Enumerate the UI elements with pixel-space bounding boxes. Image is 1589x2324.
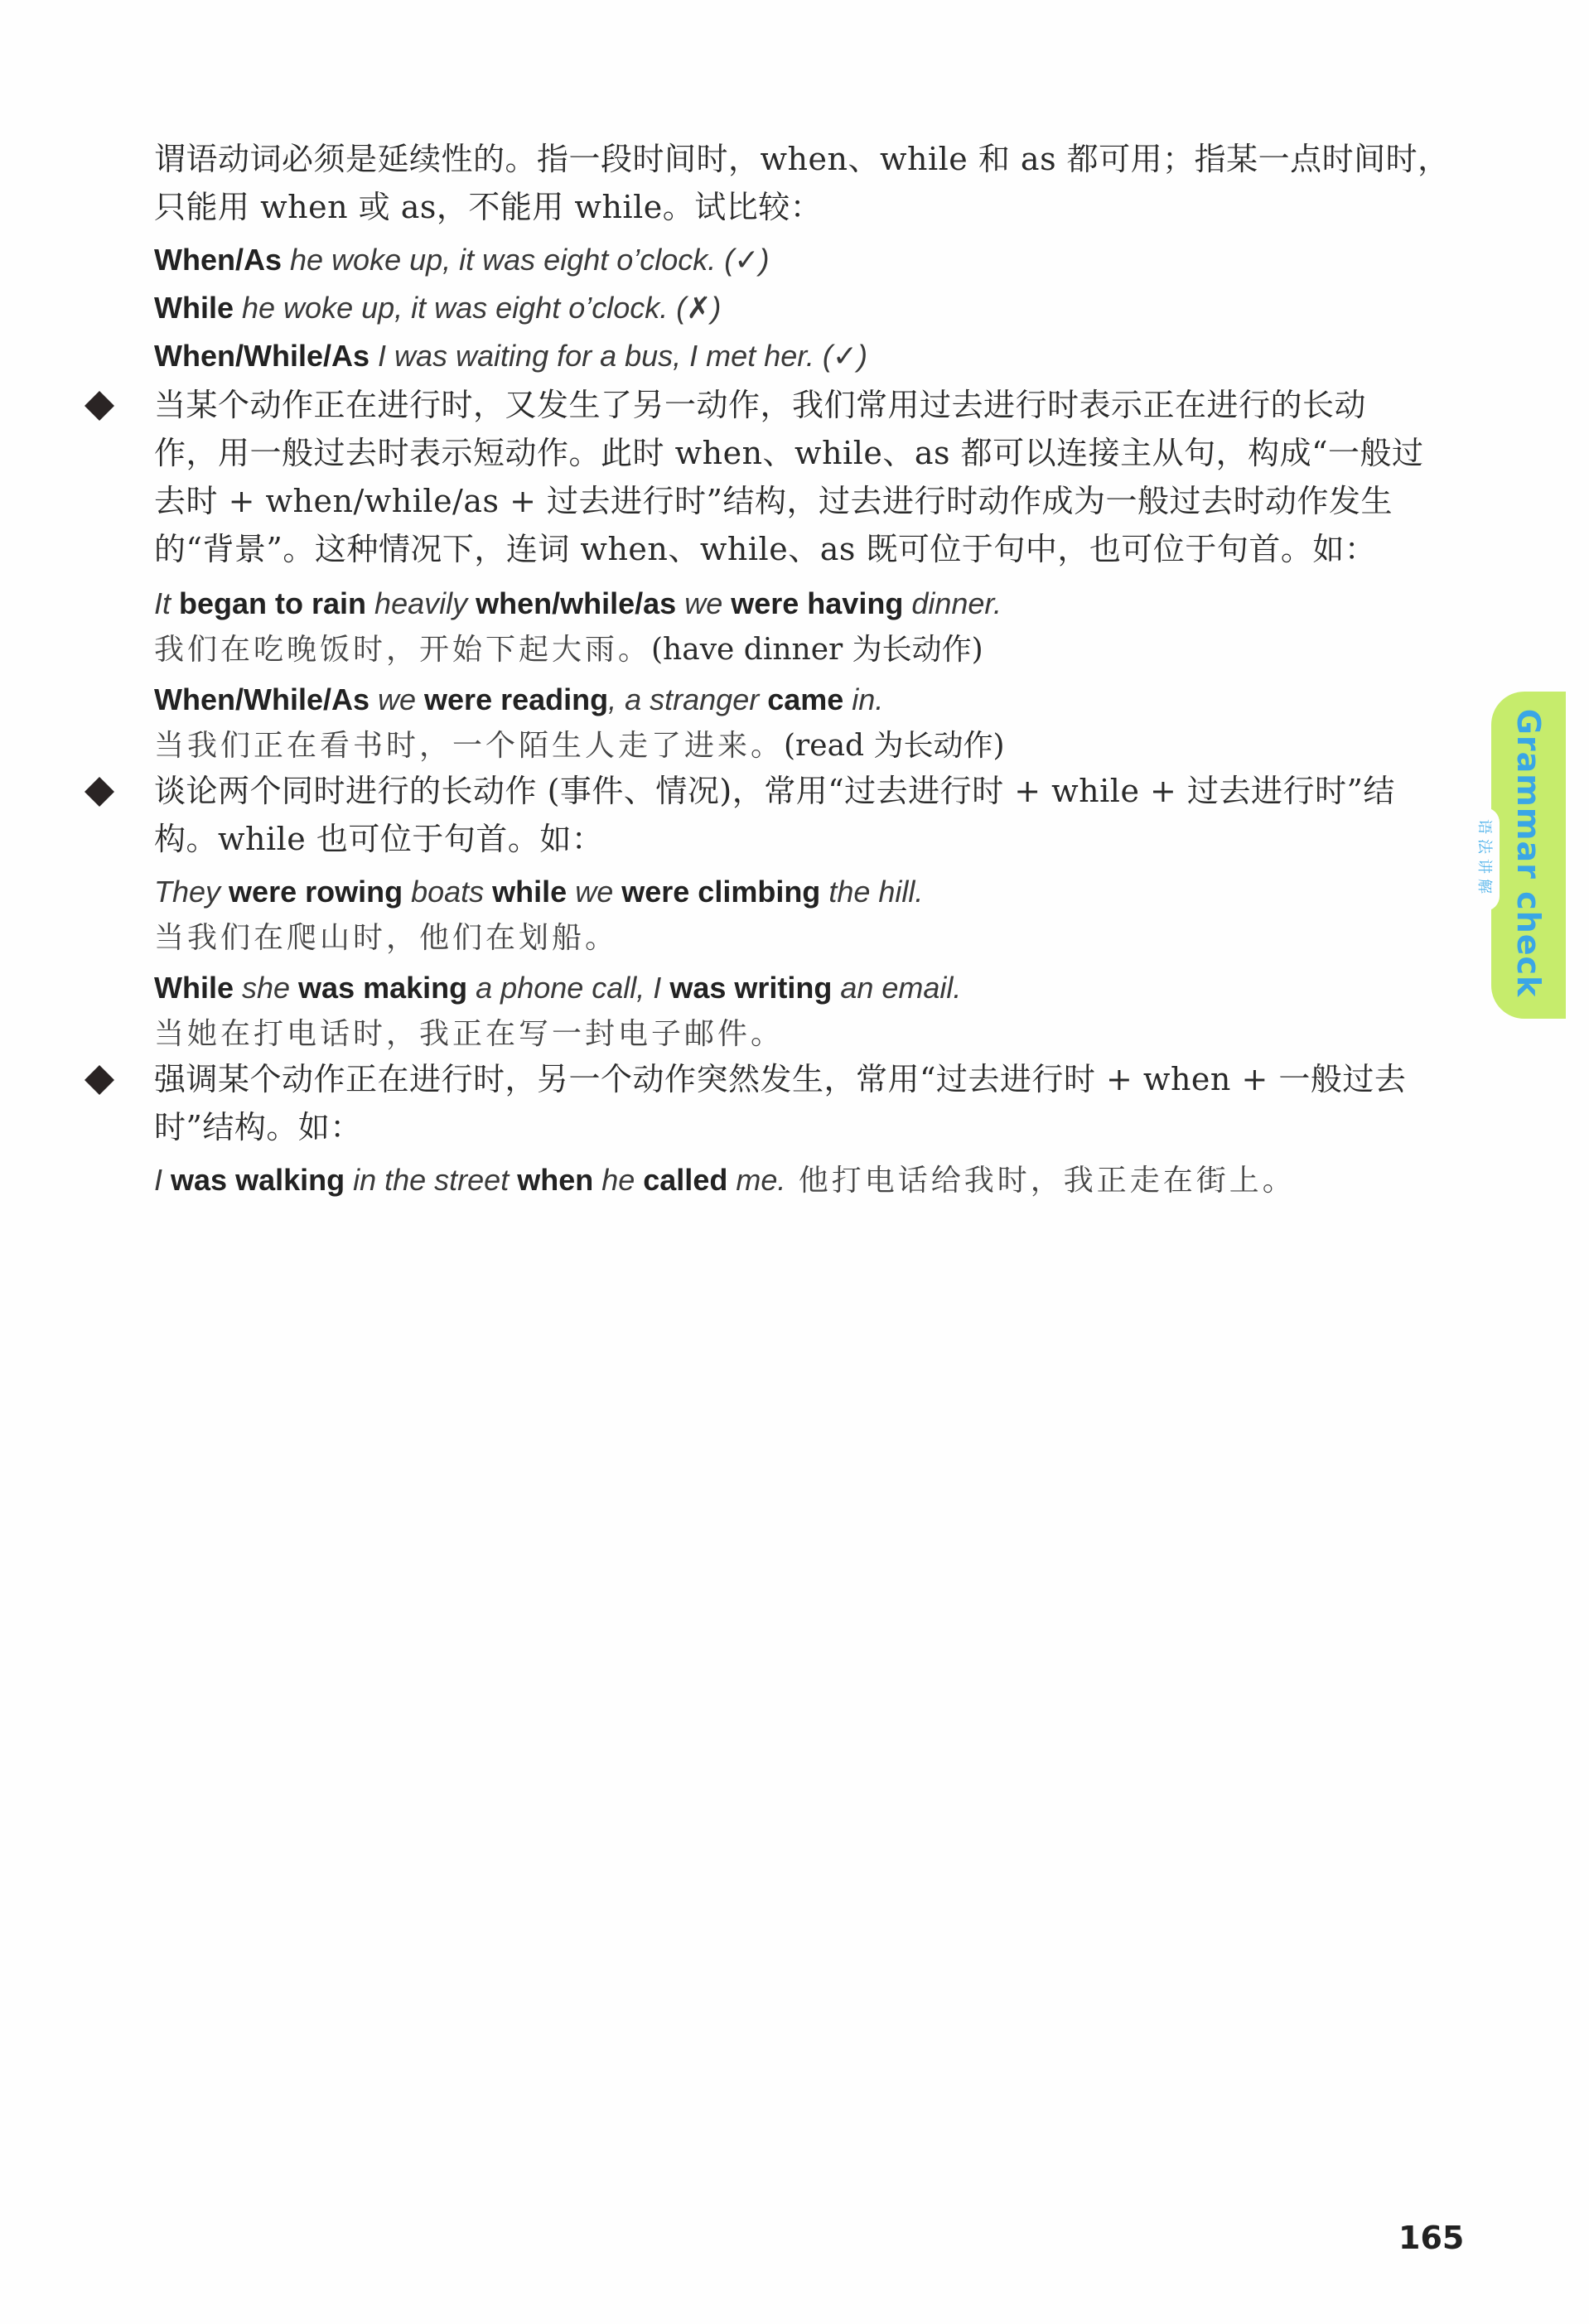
example-text: we (567, 875, 621, 909)
example-text: , a stranger (608, 682, 767, 716)
example-text: I (154, 1163, 171, 1197)
example-bold: when/while/as (476, 586, 676, 620)
cross-mark: (✗) (668, 291, 721, 325)
compare-example-2: While he woke up, it was eight o’clock. … (154, 284, 721, 332)
example-bold: when (517, 1163, 593, 1197)
side-tab-title: Grammar check (1510, 709, 1547, 998)
example-text: she (234, 971, 298, 1005)
diamond-bullet-icon (85, 1065, 114, 1095)
example-text: I was waiting for a bus, I met her. (369, 339, 814, 373)
translation-note: (read 为长动作) (784, 729, 1005, 763)
example-text: he woke up, it was eight o’clock. (282, 243, 716, 277)
example-bold: was writing (669, 971, 832, 1005)
diamond-bullet-icon (85, 777, 114, 807)
bullet-2-line-1: 谈论两个同时进行的长动作 (事件、情况)，常用“过去进行时 + while + … (154, 767, 1395, 815)
example-bold: called (643, 1163, 727, 1197)
example-text: we (676, 586, 731, 620)
side-tab-subtitle: 语法讲解 (1475, 819, 1496, 899)
example-translation: 我们在吃晚饭时，开始下起大雨。(have dinner 为长动作) (154, 626, 983, 674)
bullet-1-line-2: 作，用一般过去时表示短动作。此时 when、while、as 都可以连接主从句，… (154, 429, 1424, 477)
example-bold: were rowing (229, 875, 403, 909)
example-text: a phone call, I (467, 971, 669, 1005)
example-bold: while (492, 875, 567, 909)
example-text: the hill. (820, 875, 923, 909)
example-text: an email. (832, 971, 961, 1005)
example-text: It (154, 586, 179, 620)
example-bold: came (767, 682, 843, 716)
compare-example-1: When/As he woke up, it was eight o’clock… (154, 236, 769, 284)
translation-text: 当我们正在看书时，一个陌生人走了进来。 (154, 729, 784, 763)
example-translation: 当她在打电话时，我正在写一封电子邮件。 (154, 1010, 784, 1058)
example-text: he woke up, it was eight o’clock. (234, 291, 668, 325)
example-bold: were reading (424, 682, 608, 716)
intro-line-1: 谓语动词必须是延续性的。指一段时间时，when、while 和 as 都可用；指… (154, 135, 1450, 183)
example-bold: were having (731, 586, 903, 620)
example-bold: were climbing (621, 875, 820, 909)
compare-example-3: When/While/As I was waiting for a bus, I… (154, 332, 867, 380)
translation-text: 我们在吃晚饭时，开始下起大雨。 (154, 633, 651, 667)
example-text: boats (403, 875, 492, 909)
bullet-1-line-1: 当某个动作正在进行时，又发生了另一动作，我们常用过去进行时表示正在进行的长动 (154, 381, 1366, 429)
check-mark: (✓) (716, 243, 769, 277)
diamond-bullet-icon (85, 391, 114, 421)
example-sentence: I was walking in the street when he call… (154, 1156, 1296, 1205)
bullet-3-line-1: 强调某个动作正在进行时，另一个动作突然发生，常用“过去进行时 + when + … (154, 1055, 1406, 1103)
check-mark: (✓) (814, 339, 867, 373)
page-number: 165 (1398, 2220, 1464, 2256)
example-sentence: It began to rain heavily when/while/as w… (154, 580, 1002, 628)
example-translation: 当我们在爬山时，他们在划船。 (154, 914, 618, 962)
example-text: he (593, 1163, 643, 1197)
inline-translation: 他打电话给我时，我正走在街上。 (785, 1164, 1295, 1198)
example-bold: While (154, 291, 234, 325)
example-sentence: They were rowing boats while we were cli… (154, 868, 923, 916)
example-bold: began to rain (179, 586, 366, 620)
example-text: in the street (345, 1163, 517, 1197)
example-sentence: While she was making a phone call, I was… (154, 964, 961, 1012)
example-text: heavily (366, 586, 476, 620)
bullet-2-line-2: 构。while 也可位于句首。如： (154, 815, 603, 863)
example-text: me. (727, 1163, 785, 1197)
intro-line-2: 只能用 when 或 as，不能用 while。试比较： (154, 183, 822, 231)
example-sentence: When/While/As we were reading, a strange… (154, 676, 883, 724)
example-text: They (154, 875, 229, 909)
example-bold: When/While/As (154, 339, 369, 373)
example-bold: was walking (171, 1163, 345, 1197)
translation-note: (have dinner 为长动作) (651, 633, 983, 667)
example-text: in. (843, 682, 883, 716)
example-bold: When/While/As (154, 682, 369, 716)
example-bold: While (154, 971, 234, 1005)
example-bold: When/As (154, 243, 282, 277)
bullet-3-line-2: 时”结构。如： (154, 1103, 362, 1151)
example-translation: 当我们正在看书时，一个陌生人走了进来。(read 为长动作) (154, 722, 1005, 770)
bullet-1-line-3: 去时 + when/while/as + 过去进行时”结构，过去进行时动作成为一… (154, 477, 1393, 525)
example-text: we (369, 682, 424, 716)
example-bold: was making (298, 971, 467, 1005)
example-text: dinner. (903, 586, 1002, 620)
textbook-page: 谓语动词必须是延续性的。指一段时间时，when、while 和 as 都可用；指… (0, 0, 1589, 2324)
bullet-1-line-4: 的“背景”。这种情况下，连词 when、while、as 既可位于句中，也可位于… (154, 525, 1376, 573)
